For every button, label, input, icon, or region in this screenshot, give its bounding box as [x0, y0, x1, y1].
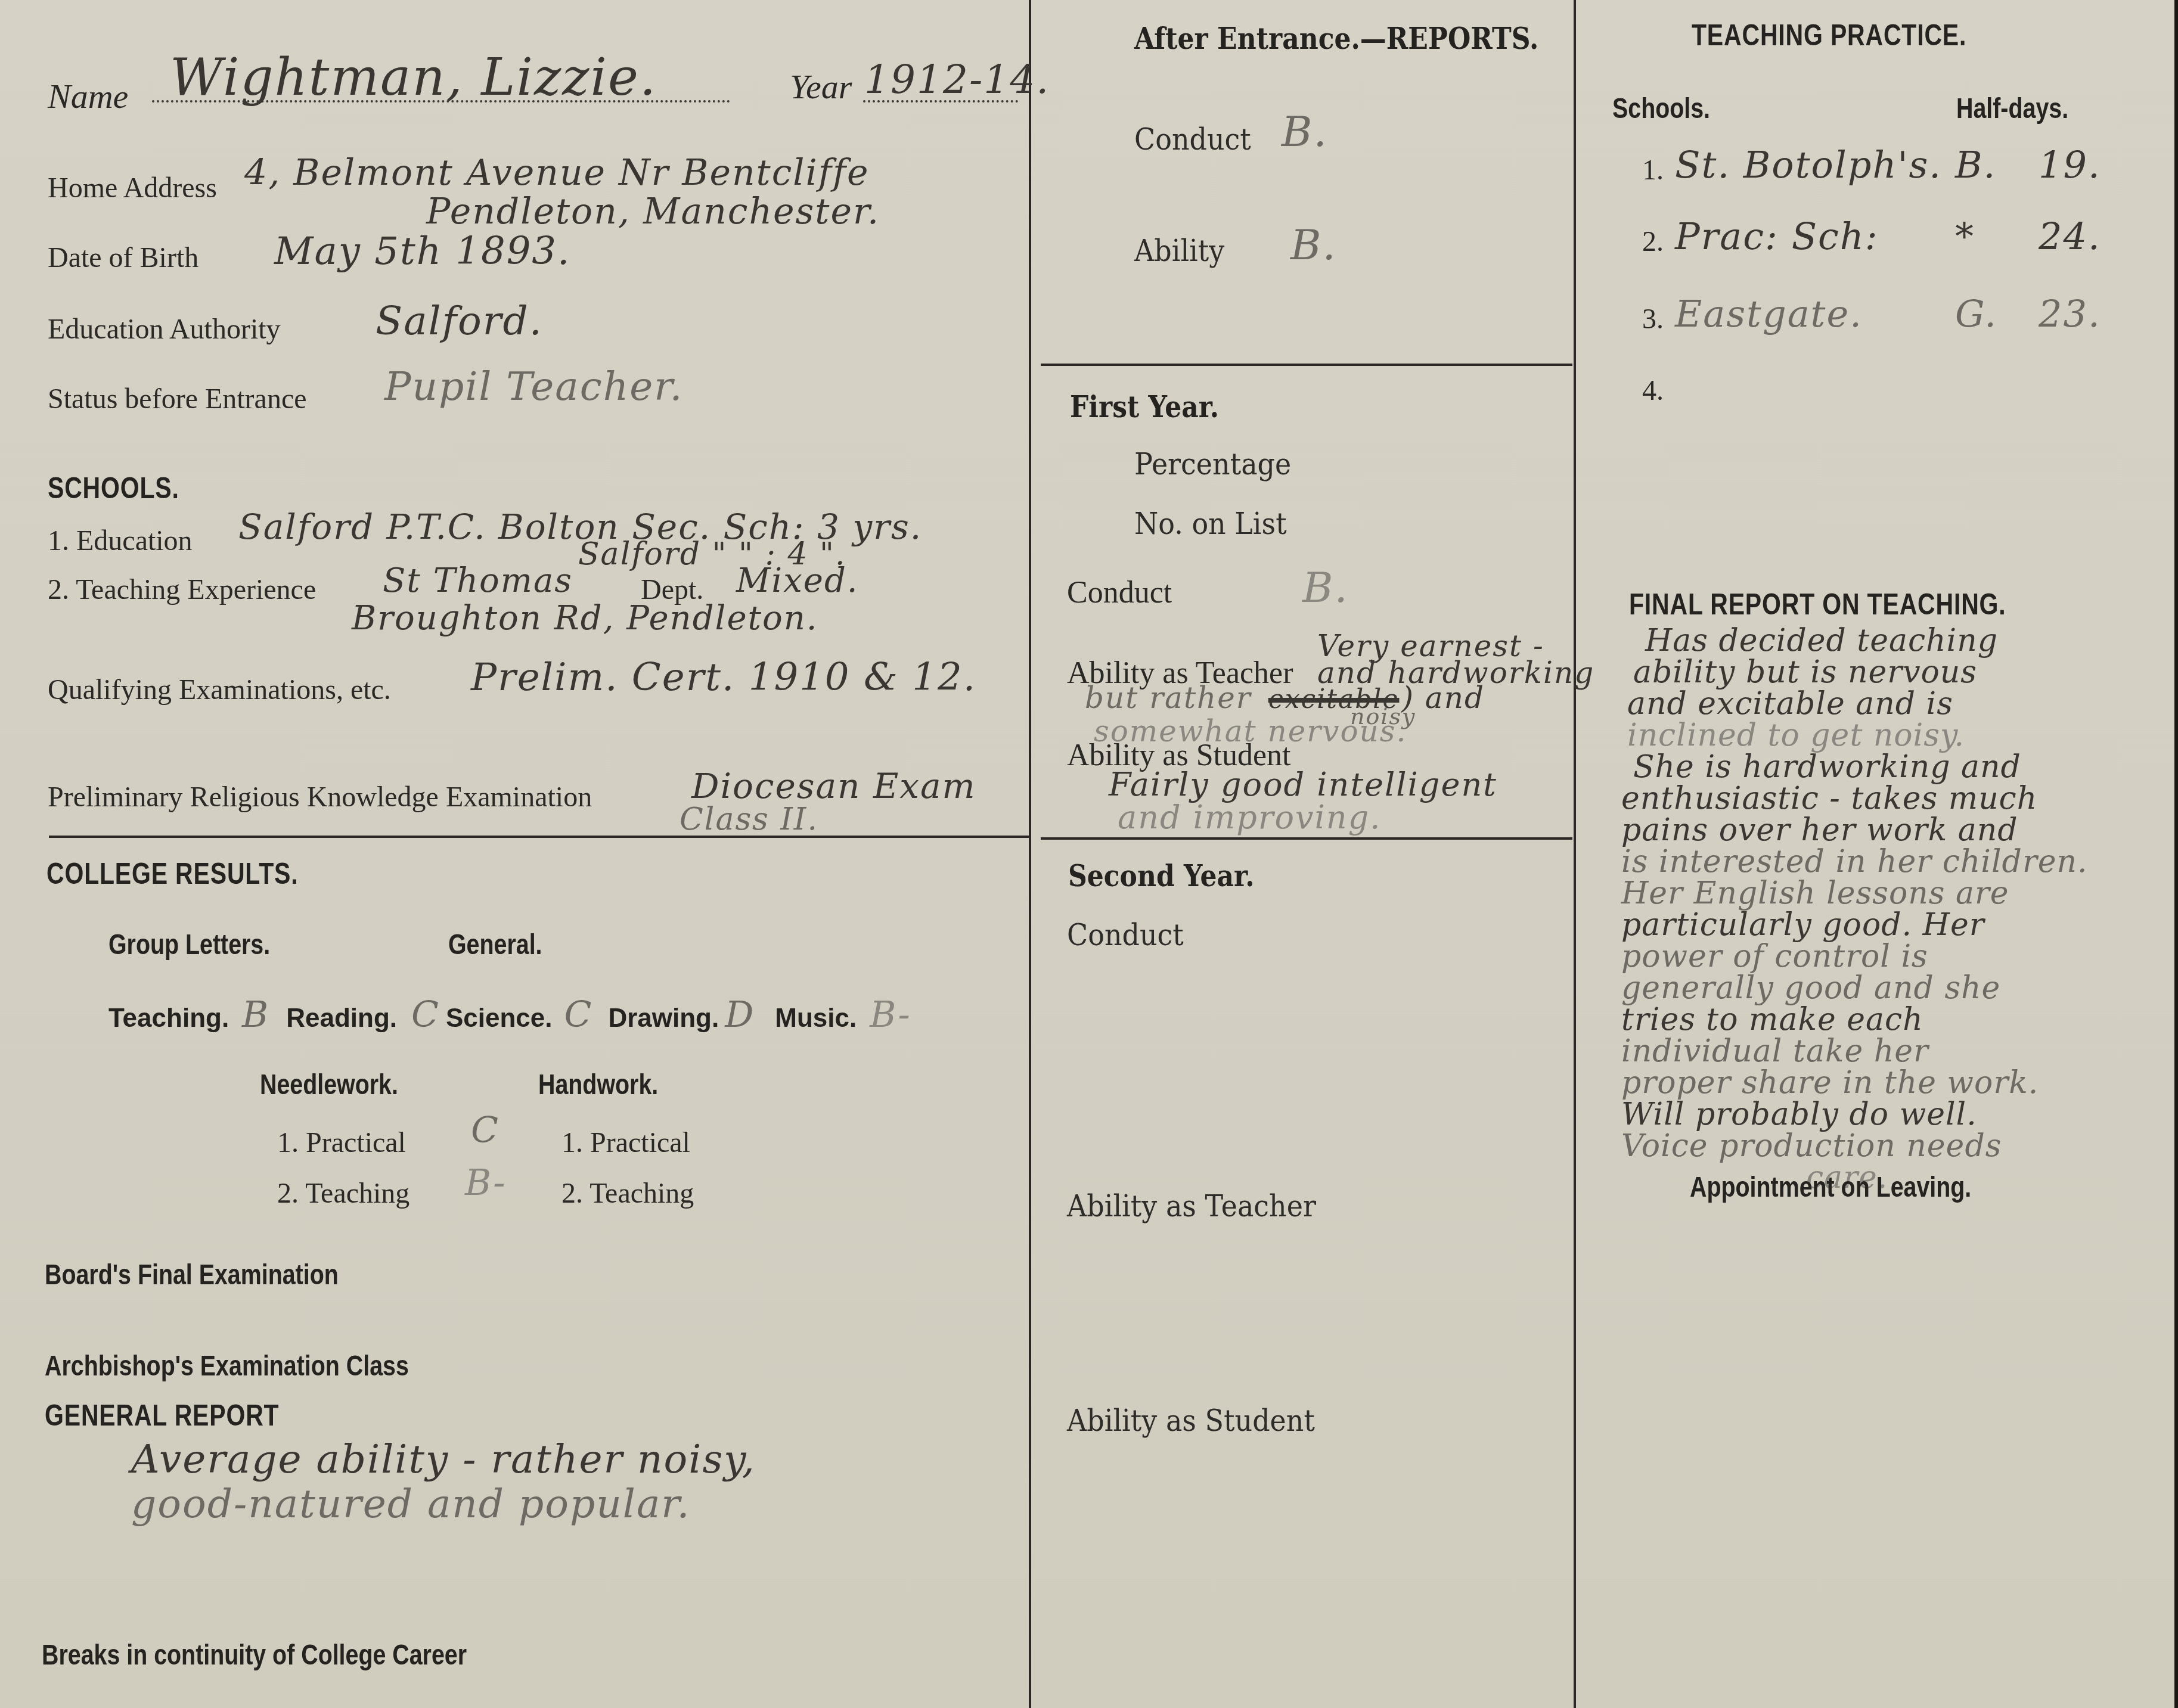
card-edge	[2174, 0, 2178, 1708]
college-results-heading: COLLEGE RESULTS.	[46, 856, 298, 891]
breaks-label: Breaks in continuity of College Career	[42, 1639, 467, 1672]
name-label: Name	[48, 76, 128, 116]
column-divider-left	[1029, 0, 1031, 1708]
final-report-line[interactable]: particularly good. Her	[1621, 907, 1985, 943]
status-value[interactable]: Pupil Teacher.	[384, 364, 683, 409]
general-report-heading: GENERAL REPORT	[45, 1398, 279, 1433]
final-report-line[interactable]: is interested in her children.	[1621, 844, 2088, 880]
needlework-label: Needlework.	[260, 1069, 398, 1101]
student-record-card: Name Wightman, Lizzie. Year 1912-14. Hom…	[0, 0, 2174, 1708]
teaching-experience-line1[interactable]: St Thomas	[383, 561, 573, 600]
appointment-label: Appointment on Leaving.	[1690, 1171, 1971, 1204]
practice-row-number: 1.	[1642, 154, 1664, 187]
religious-value-line2[interactable]: Class II.	[680, 802, 818, 837]
halfdays-column-label: Half-days.	[1956, 92, 2068, 125]
subject-music-grade[interactable]: B-	[870, 994, 911, 1036]
practice-dept[interactable]: G.	[1955, 292, 1997, 336]
middle-divider-second-year	[1041, 837, 1572, 840]
archbishop-label: Archbishop's Examination Class	[45, 1350, 409, 1383]
final-report-line[interactable]: proper share in the work.	[1621, 1065, 2039, 1101]
final-report-line[interactable]: Has decided teaching	[1645, 623, 1998, 659]
practice-halfdays[interactable]: 24.	[2039, 215, 2101, 258]
needlework-teaching-grade[interactable]: B-	[465, 1162, 506, 1204]
subject-science-label: Science.	[446, 1004, 553, 1033]
practice-halfdays[interactable]: 19.	[2039, 143, 2101, 187]
practice-dept[interactable]: *	[1955, 215, 1975, 258]
religious-label: Preliminary Religious Knowledge Examinat…	[48, 781, 592, 813]
first-year-student-line1[interactable]: Fairly good intelligent	[1109, 766, 1497, 803]
conduct-value[interactable]: B.	[1282, 107, 1328, 156]
subject-teaching-label: Teaching.	[108, 1004, 229, 1033]
final-report-line[interactable]: generally good and she	[1621, 970, 2000, 1006]
status-label: Status before Entrance	[48, 383, 306, 415]
first-year-conduct-value[interactable]: B.	[1302, 563, 1349, 612]
home-address-line2[interactable]: Pendleton, Manchester.	[426, 191, 880, 232]
conduct-label: Conduct	[1134, 122, 1251, 157]
dob-label: Date of Birth	[48, 241, 198, 274]
first-year-student-line2[interactable]: and improving.	[1118, 799, 1381, 836]
teaching-experience-line2[interactable]: Broughton Rd, Pendleton.	[352, 599, 818, 638]
teaching-practice-heading: TEACHING PRACTICE.	[1692, 18, 1966, 52]
group-letters-label: Group Letters.	[108, 928, 270, 961]
final-report-line[interactable]: tries to make each	[1621, 1002, 1923, 1038]
second-year-teacher-label: Ability as Teacher	[1067, 1189, 1316, 1223]
final-report-line[interactable]: She is hardworking and	[1633, 749, 2021, 785]
subject-music-label: Music.	[775, 1004, 857, 1033]
reports-heading: After Entrance.—REPORTS.	[1134, 21, 1538, 56]
final-report-line[interactable]: Her English lessons are	[1621, 875, 2009, 911]
home-address-line1[interactable]: 4, Belmont Avenue Nr Bentcliffe	[244, 152, 870, 194]
handwork-label: Handwork.	[538, 1069, 658, 1101]
year-label: Year	[790, 67, 852, 107]
no-on-list-label: No. on List	[1134, 507, 1287, 541]
second-year-conduct-label: Conduct	[1067, 918, 1184, 952]
final-report-line[interactable]: and excitable and is	[1627, 686, 1953, 722]
ability-value[interactable]: B.	[1290, 221, 1337, 269]
schools-column-label: Schools.	[1612, 92, 1710, 125]
dept-value[interactable]: Mixed.	[736, 561, 859, 600]
qualifying-label: Qualifying Examinations, etc.	[48, 673, 391, 706]
final-report-line[interactable]: power of control is	[1621, 939, 1928, 974]
general-report-line2[interactable]: good-natured and popular.	[131, 1481, 691, 1527]
subject-teaching-grade[interactable]: B	[242, 994, 269, 1036]
needlework-teaching-label: 2. Teaching	[277, 1177, 409, 1210]
final-report-heading: FINAL REPORT ON TEACHING.	[1629, 587, 2006, 622]
needlework-practical-grade[interactable]: C	[471, 1110, 499, 1151]
subject-grades-row: Teaching. B Reading. C Science. C Drawin…	[108, 994, 911, 1036]
percentage-label: Percentage	[1134, 447, 1291, 482]
practice-row-number: 2.	[1642, 225, 1664, 258]
dob-value[interactable]: May 5th 1893.	[274, 229, 570, 274]
final-report-line[interactable]: ability but is nervous	[1633, 654, 1977, 690]
subject-science-grade[interactable]: C	[564, 994, 592, 1036]
first-year-conduct-label: Conduct	[1067, 575, 1172, 610]
practice-dept[interactable]: B.	[1955, 143, 1996, 187]
schools-heading: SCHOOLS.	[48, 471, 179, 505]
practice-row-number: 3.	[1642, 303, 1664, 336]
general-label: General.	[448, 928, 542, 961]
subject-drawing-label: Drawing.	[608, 1004, 719, 1033]
second-year-student-label: Ability as Student	[1067, 1403, 1315, 1438]
home-address-label: Home Address	[48, 172, 217, 204]
year-value[interactable]: 1912-14.	[864, 57, 1050, 103]
practice-row-number: 4.	[1642, 374, 1664, 407]
education-authority-value[interactable]: Salford.	[376, 298, 543, 344]
teacher-line3-start[interactable]: but rather	[1085, 681, 1252, 715]
final-report-line[interactable]: inclined to get noisy.	[1627, 718, 1965, 753]
education-label: 1. Education	[48, 524, 193, 557]
final-report-line[interactable]: pains over her work and	[1621, 812, 2018, 848]
needlework-practical-label: 1. Practical	[277, 1126, 406, 1159]
final-report-line[interactable]: Will probably do well.	[1621, 1097, 1977, 1132]
practice-halfdays[interactable]: 23.	[2039, 292, 2101, 336]
final-report-line[interactable]: individual take her	[1621, 1033, 1929, 1069]
middle-divider-first-year	[1041, 364, 1572, 366]
teaching-experience-label: 2. Teaching Experience	[48, 573, 316, 606]
second-year-heading: Second Year.	[1068, 858, 1255, 893]
subject-reading-grade[interactable]: C	[411, 994, 440, 1036]
ability-label: Ability	[1134, 234, 1224, 268]
final-report-line[interactable]: Voice production needs	[1621, 1128, 2002, 1164]
education-authority-label: Education Authority	[48, 313, 281, 346]
name-value[interactable]: Wightman, Lizzie.	[170, 48, 657, 107]
handwork-teaching-label: 2. Teaching	[561, 1177, 694, 1210]
first-year-heading: First Year.	[1070, 389, 1219, 424]
first-year-teacher-line3: but rather excitable ) and	[1085, 681, 1485, 715]
handwork-practical-label: 1. Practical	[561, 1126, 690, 1159]
subject-drawing-grade[interactable]: D	[725, 994, 755, 1036]
boards-final-label: Board's Final Examination	[45, 1259, 339, 1291]
practice-school[interactable]: Prac: Sch:	[1675, 215, 1879, 258]
column-divider-right	[1574, 0, 1576, 1708]
subject-reading-label: Reading.	[286, 1004, 397, 1033]
practice-school[interactable]: Eastgate.	[1675, 292, 1863, 336]
religious-value-line1[interactable]: Diocesan Exam	[691, 766, 976, 806]
general-report-line1[interactable]: Average ability - rather noisy,	[131, 1436, 756, 1482]
final-report-line[interactable]: enthusiastic - takes much	[1621, 781, 2037, 816]
practice-school[interactable]: St. Botolph's.	[1675, 143, 1942, 187]
qualifying-value[interactable]: Prelim. Cert. 1910 & 12.	[471, 656, 976, 700]
left-section-divider	[49, 836, 1029, 838]
